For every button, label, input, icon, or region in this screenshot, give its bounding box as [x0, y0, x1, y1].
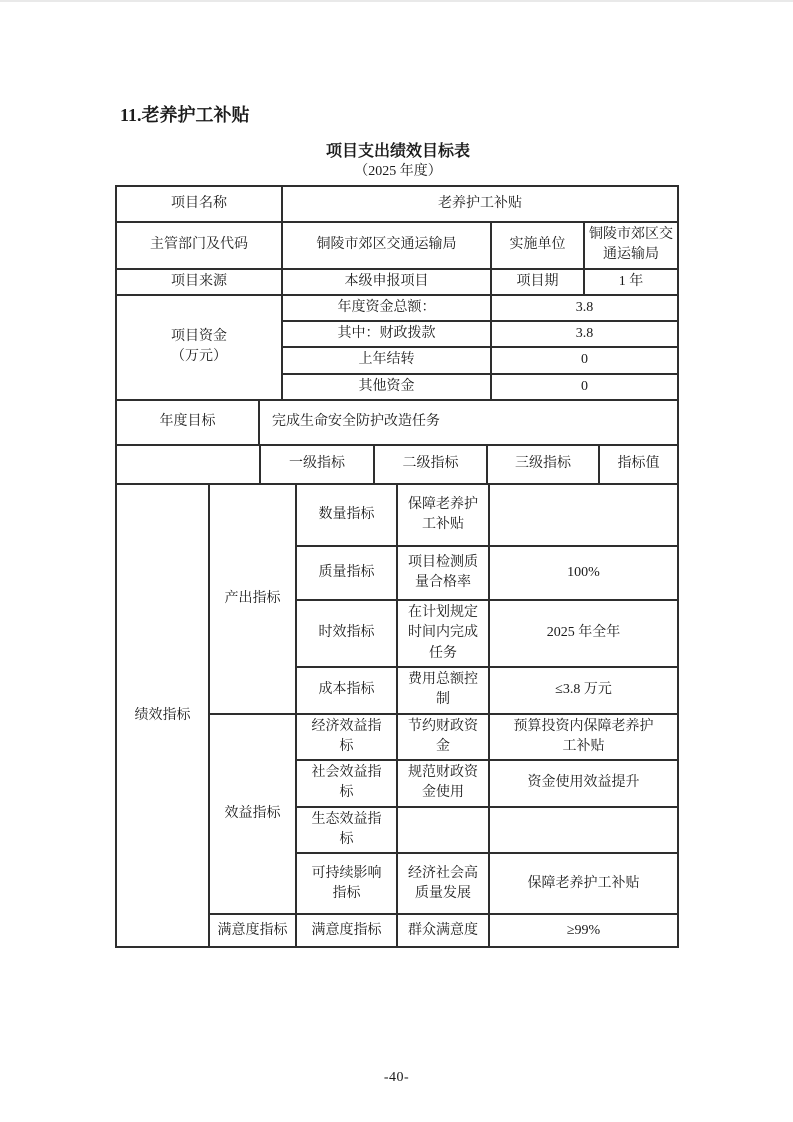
funds-other-label: 其他资金: [282, 374, 491, 400]
table-title: 项目支出绩效目标表: [117, 142, 679, 163]
level2-ecological: 生态效益指标: [296, 807, 397, 854]
period-value: 1 年: [584, 269, 678, 295]
col-header-value: 指标值: [599, 445, 678, 484]
source-value: 本级申报项目: [282, 269, 491, 295]
funds-fiscal-label: 其中：财政拨款: [282, 321, 491, 347]
period-label: 项目期: [491, 269, 584, 295]
level3-cell: 费用总额控制: [397, 667, 489, 714]
funds-label: 项目资金 （万元）: [116, 295, 282, 400]
indicator-value-cell: 2025 年全年: [489, 600, 678, 667]
funds-label-line2: （万元）: [121, 347, 277, 367]
level3-cell: 规范财政资金使用: [397, 760, 489, 807]
indicator-value-cell: [489, 484, 678, 546]
level3-cell: 保障老养护工补贴: [397, 484, 489, 546]
level3-cell: [397, 807, 489, 854]
project-name-value: 老养护工补贴: [282, 186, 678, 222]
impl-unit-value: 铜陵市郊区交通运输局: [584, 222, 678, 269]
indicator-value-cell: 100%: [489, 546, 678, 600]
document-page: { "page": { "heading": "11.老养护工补贴", "tab…: [0, 0, 793, 1122]
performance-target-table: 项目名称 老养护工补贴 主管部门及代码 铜陵市郊区交通运输局 实施单位 铜陵市郊…: [115, 185, 681, 948]
level2-social: 社会效益指标: [296, 760, 397, 807]
indicator-value-cell: 资金使用效益提升: [489, 760, 678, 807]
annual-goal-table: 年度目标 完成生命安全防护改造任务: [115, 399, 679, 446]
indicator-value-text: 预算投资内保障老养护工补贴: [510, 717, 658, 758]
impl-unit-label: 实施单位: [491, 222, 584, 269]
level2-timeliness: 时效指标: [296, 600, 397, 667]
department-value: 铜陵市郊区交通运输局: [282, 222, 491, 269]
funds-fiscal-value: 3.8: [491, 321, 678, 347]
annual-goal-value: 完成生命安全防护改造任务: [259, 400, 678, 445]
level2-cost: 成本指标: [296, 667, 397, 714]
level3-cell: 节约财政资金: [397, 714, 489, 761]
level3-cell: 在计划规定时间内完成任务: [397, 600, 489, 667]
indicator-value-cell: 预算投资内保障老养护工补贴: [489, 714, 678, 761]
funds-other-value: 0: [491, 374, 678, 400]
level1-output: 产出指标: [209, 484, 296, 713]
annual-goal-label: 年度目标: [116, 400, 259, 445]
indicator-value-cell: ≤3.8 万元: [489, 667, 678, 714]
funds-label-line1: 项目资金: [121, 327, 277, 347]
project-info-table: 项目名称 老养护工补贴 主管部门及代码 铜陵市郊区交通运输局 实施单位 铜陵市郊…: [115, 185, 679, 401]
level2-economic: 经济效益指标: [296, 714, 397, 761]
funds-total-label: 年度资金总额：: [282, 295, 491, 321]
col-header-level2: 二级指标: [374, 445, 487, 484]
indicator-value-cell: ≥99%: [489, 914, 678, 947]
level3-cell: 项目检测质量合格率: [397, 546, 489, 600]
table-subtitle: （2025 年度）: [117, 163, 679, 182]
page-number: -40-: [0, 1070, 793, 1086]
indicator-value-cell: 保障老养护工补贴: [489, 853, 678, 914]
level2-sustainability: 可持续影响指标: [296, 853, 397, 914]
col-header-level1: 一级指标: [260, 445, 374, 484]
indicator-header-spacer: [116, 445, 260, 484]
col-header-level3: 三级指标: [487, 445, 599, 484]
funds-carryover-value: 0: [491, 347, 678, 373]
source-label: 项目来源: [116, 269, 282, 295]
funds-total-value: 3.8: [491, 295, 678, 321]
funds-carryover-label: 上年结转: [282, 347, 491, 373]
indicator-value-cell: [489, 807, 678, 854]
section-heading: 11.老养护工补贴: [120, 103, 793, 127]
performance-indicator-row-header: 绩效指标: [116, 484, 209, 947]
indicator-header-table: 一级指标 二级指标 三级指标 指标值: [115, 444, 679, 485]
level2-quantity: 数量指标: [296, 484, 397, 546]
level2-quality: 质量指标: [296, 546, 397, 600]
level1-satisfaction: 满意度指标: [209, 914, 296, 947]
department-label: 主管部门及代码: [116, 222, 282, 269]
level3-cell: 经济社会高质量发展: [397, 853, 489, 914]
level2-satisfaction: 满意度指标: [296, 914, 397, 947]
level3-cell: 群众满意度: [397, 914, 489, 947]
level1-benefit: 效益指标: [209, 714, 296, 915]
indicator-body-table: 绩效指标 产出指标 数量指标 保障老养护工补贴 质量指标 项目检测质量合格率 1…: [115, 483, 679, 948]
project-name-label: 项目名称: [116, 186, 282, 222]
